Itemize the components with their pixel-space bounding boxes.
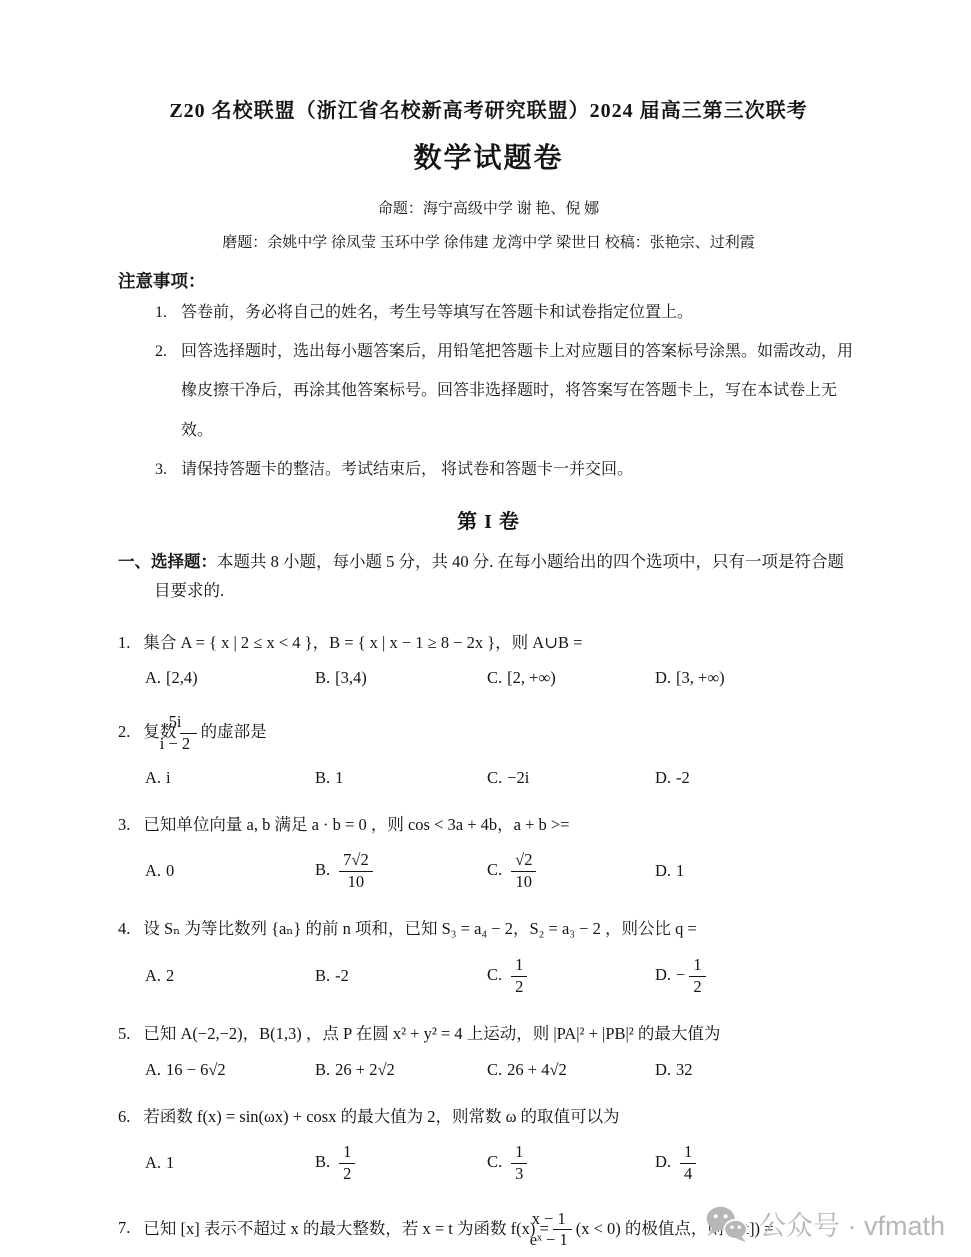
option-b: B.26 + 2√2 <box>315 1060 487 1080</box>
notice-item-text: 回答选择题时，选出每小题答案后，用铅笔把答题卡上对应题目的答案标号涂黑。如需改动… <box>181 332 859 450</box>
watermark: 公众号 · vfmath <box>705 1204 945 1243</box>
fraction: 7√210 <box>339 850 373 892</box>
part-heading: 一、选择题：本题共 8 小题，每小题 5 分，共 40 分. 在每小题给出的四个… <box>118 548 859 606</box>
option-b: B.1 <box>315 768 487 788</box>
question-stem: 3.已知单位向量 a, b 满足 a · b = 0 ，则 cos < 3a +… <box>118 812 859 838</box>
watermark-text: 公众号 · vfmath <box>759 1204 945 1243</box>
question-4: 4.设 Sₙ 为等比数列 {aₙ} 的前 n 项和，已知 S₃ = a₄ − 2… <box>118 916 859 997</box>
option-c: C.26 + 4√2 <box>487 1060 655 1080</box>
exam-page: Z20 名校联盟（浙江省名校新高考研究联盟）2024 届高三第三次联考 数学试题… <box>0 0 971 1251</box>
fraction: √210 <box>511 850 536 892</box>
notice-list: 1. 答卷前，务必将自己的姓名，考生号等填写在答题卡和试卷指定位置上。 2. 回… <box>118 293 859 489</box>
option-b: B.-2 <box>315 966 487 986</box>
notice-item-number: 3. <box>155 450 181 489</box>
question-number: 1. <box>118 633 130 652</box>
fraction: 12 <box>689 955 705 997</box>
option-c: C.13 <box>487 1142 655 1184</box>
option-d: D.14 <box>655 1142 859 1184</box>
question-number: 2. <box>118 722 130 741</box>
notice-item: 1. 答卷前，务必将自己的姓名，考生号等填写在答题卡和试卷指定位置上。 <box>155 293 859 332</box>
reviewer-line: 磨题：余姚中学 徐凤莹 玉环中学 徐伟建 龙湾中学 梁世日 校稿：张艳宗、过利霞 <box>118 231 859 252</box>
option-d: D.32 <box>655 1060 859 1080</box>
question-text: 已知 [x] 表示不超过 x 的最大整数，若 x = t 为函数 f(x) = <box>143 1218 548 1237</box>
option-b: B.[3,4) <box>315 668 487 688</box>
option-d: D.-2 <box>655 768 859 788</box>
options-row: A.0 B.7√210 C.√210 D.1 <box>145 850 859 892</box>
option-a: A.i <box>145 768 315 788</box>
exam-title: Z20 名校联盟（浙江省名校新高考研究联盟）2024 届高三第三次联考 <box>118 94 859 123</box>
fraction: 12 <box>339 1142 355 1184</box>
notice-item-number: 1. <box>155 293 181 332</box>
options-row: A.16 − 6√2 B.26 + 2√2 C.26 + 4√2 D.32 <box>145 1060 859 1080</box>
question-stem: 2.复数5ii − 2的虚部是 <box>118 712 859 754</box>
question-5: 5.已知 A(−2,−2)，B(1,3) ，点 P 在圆 x² + y² = 4… <box>118 1021 859 1080</box>
option-c: C.−2i <box>487 768 655 788</box>
option-c: C.[2, +∞) <box>487 668 655 688</box>
option-a: A.0 <box>145 861 315 881</box>
option-d: D.−12 <box>655 955 859 997</box>
option-c: C.√210 <box>487 850 655 892</box>
option-a: A.[2,4) <box>145 668 315 688</box>
part-desc: 本题共 8 小题，每小题 5 分，共 40 分. 在每小题给出的四个选项中，只有… <box>154 552 844 600</box>
question-number: 5. <box>118 1024 130 1043</box>
notice-item-text: 请保持答题卡的整洁。考试结束后， 将试卷和答题卡一并交回。 <box>181 450 859 489</box>
question-number: 3. <box>118 815 130 834</box>
question-stem: 5.已知 A(−2,−2)，B(1,3) ，点 P 在圆 x² + y² = 4… <box>118 1021 859 1047</box>
question-text: 的虚部是 <box>201 722 267 741</box>
notice-item: 3. 请保持答题卡的整洁。考试结束后， 将试卷和答题卡一并交回。 <box>155 450 859 489</box>
option-b: B.12 <box>315 1142 487 1184</box>
option-b: B.7√210 <box>315 850 487 892</box>
part-label: 一、选择题： <box>118 552 217 571</box>
fraction: 5ii − 2 <box>180 712 196 754</box>
options-row: A.1 B.12 C.13 D.14 <box>145 1142 859 1184</box>
fraction: x − 1eˣ − 1 <box>553 1209 572 1251</box>
question-1: 1.集合 A = { x | 2 ≤ x < 4 }，B = { x | x −… <box>118 630 859 689</box>
question-text: 已知 A(−2,−2)，B(1,3) ，点 P 在圆 x² + y² = 4 上… <box>143 1024 720 1043</box>
notice-heading: 注意事项： <box>118 268 859 293</box>
question-text: 集合 A = { x | 2 ≤ x < 4 }，B = { x | x − 1… <box>143 633 582 652</box>
question-text: 已知单位向量 a, b 满足 a · b = 0 ，则 cos < 3a + 4… <box>143 815 569 834</box>
option-d: D.1 <box>655 861 859 881</box>
notice-item-number: 2. <box>155 332 181 450</box>
wechat-icon <box>705 1205 749 1243</box>
exam-subtitle: 数学试题卷 <box>118 136 859 176</box>
notice-item: 2. 回答选择题时，选出每小题答案后，用铅笔把答题卡上对应题目的答案标号涂黑。如… <box>155 332 859 450</box>
question-stem: 1.集合 A = { x | 2 ≤ x < 4 }，B = { x | x −… <box>118 630 859 656</box>
fraction: 12 <box>511 955 527 997</box>
section-heading: 第 I 卷 <box>118 505 859 534</box>
setter-line: 命题：海宁高级中学 谢 艳、倪 娜 <box>118 197 859 218</box>
option-a: A.16 − 6√2 <box>145 1060 315 1080</box>
question-number: 7. <box>118 1218 130 1237</box>
question-6: 6.若函数 f(x) = sin(ωx) + cosx 的最大值为 2，则常数 … <box>118 1104 859 1185</box>
options-row: A.i B.1 C.−2i D.-2 <box>145 768 859 788</box>
question-number: 4. <box>118 919 130 938</box>
question-stem: 6.若函数 f(x) = sin(ωx) + cosx 的最大值为 2，则常数 … <box>118 1104 859 1130</box>
option-c: C.12 <box>487 955 655 997</box>
question-2: 2.复数5ii − 2的虚部是 A.i B.1 C.−2i D.-2 <box>118 712 859 787</box>
question-text: 设 Sₙ 为等比数列 {aₙ} 的前 n 项和，已知 S₃ = a₄ − 2，S… <box>143 919 696 938</box>
question-text: 若函数 f(x) = sin(ωx) + cosx 的最大值为 2，则常数 ω … <box>143 1107 619 1126</box>
question-3: 3.已知单位向量 a, b 满足 a · b = 0 ，则 cos < 3a +… <box>118 812 859 893</box>
question-number: 6. <box>118 1107 130 1126</box>
question-stem: 4.设 Sₙ 为等比数列 {aₙ} 的前 n 项和，已知 S₃ = a₄ − 2… <box>118 916 859 942</box>
option-a: A.2 <box>145 966 315 986</box>
options-row: A.[2,4) B.[3,4) C.[2, +∞) D.[3, +∞) <box>145 668 859 688</box>
option-d: D.[3, +∞) <box>655 668 859 688</box>
options-row: A.2 B.-2 C.12 D.−12 <box>145 955 859 997</box>
fraction: 13 <box>511 1142 527 1184</box>
option-a: A.1 <box>145 1153 315 1173</box>
notice-item-text: 答卷前，务必将自己的姓名，考生号等填写在答题卡和试卷指定位置上。 <box>181 293 859 332</box>
fraction: 14 <box>680 1142 696 1184</box>
